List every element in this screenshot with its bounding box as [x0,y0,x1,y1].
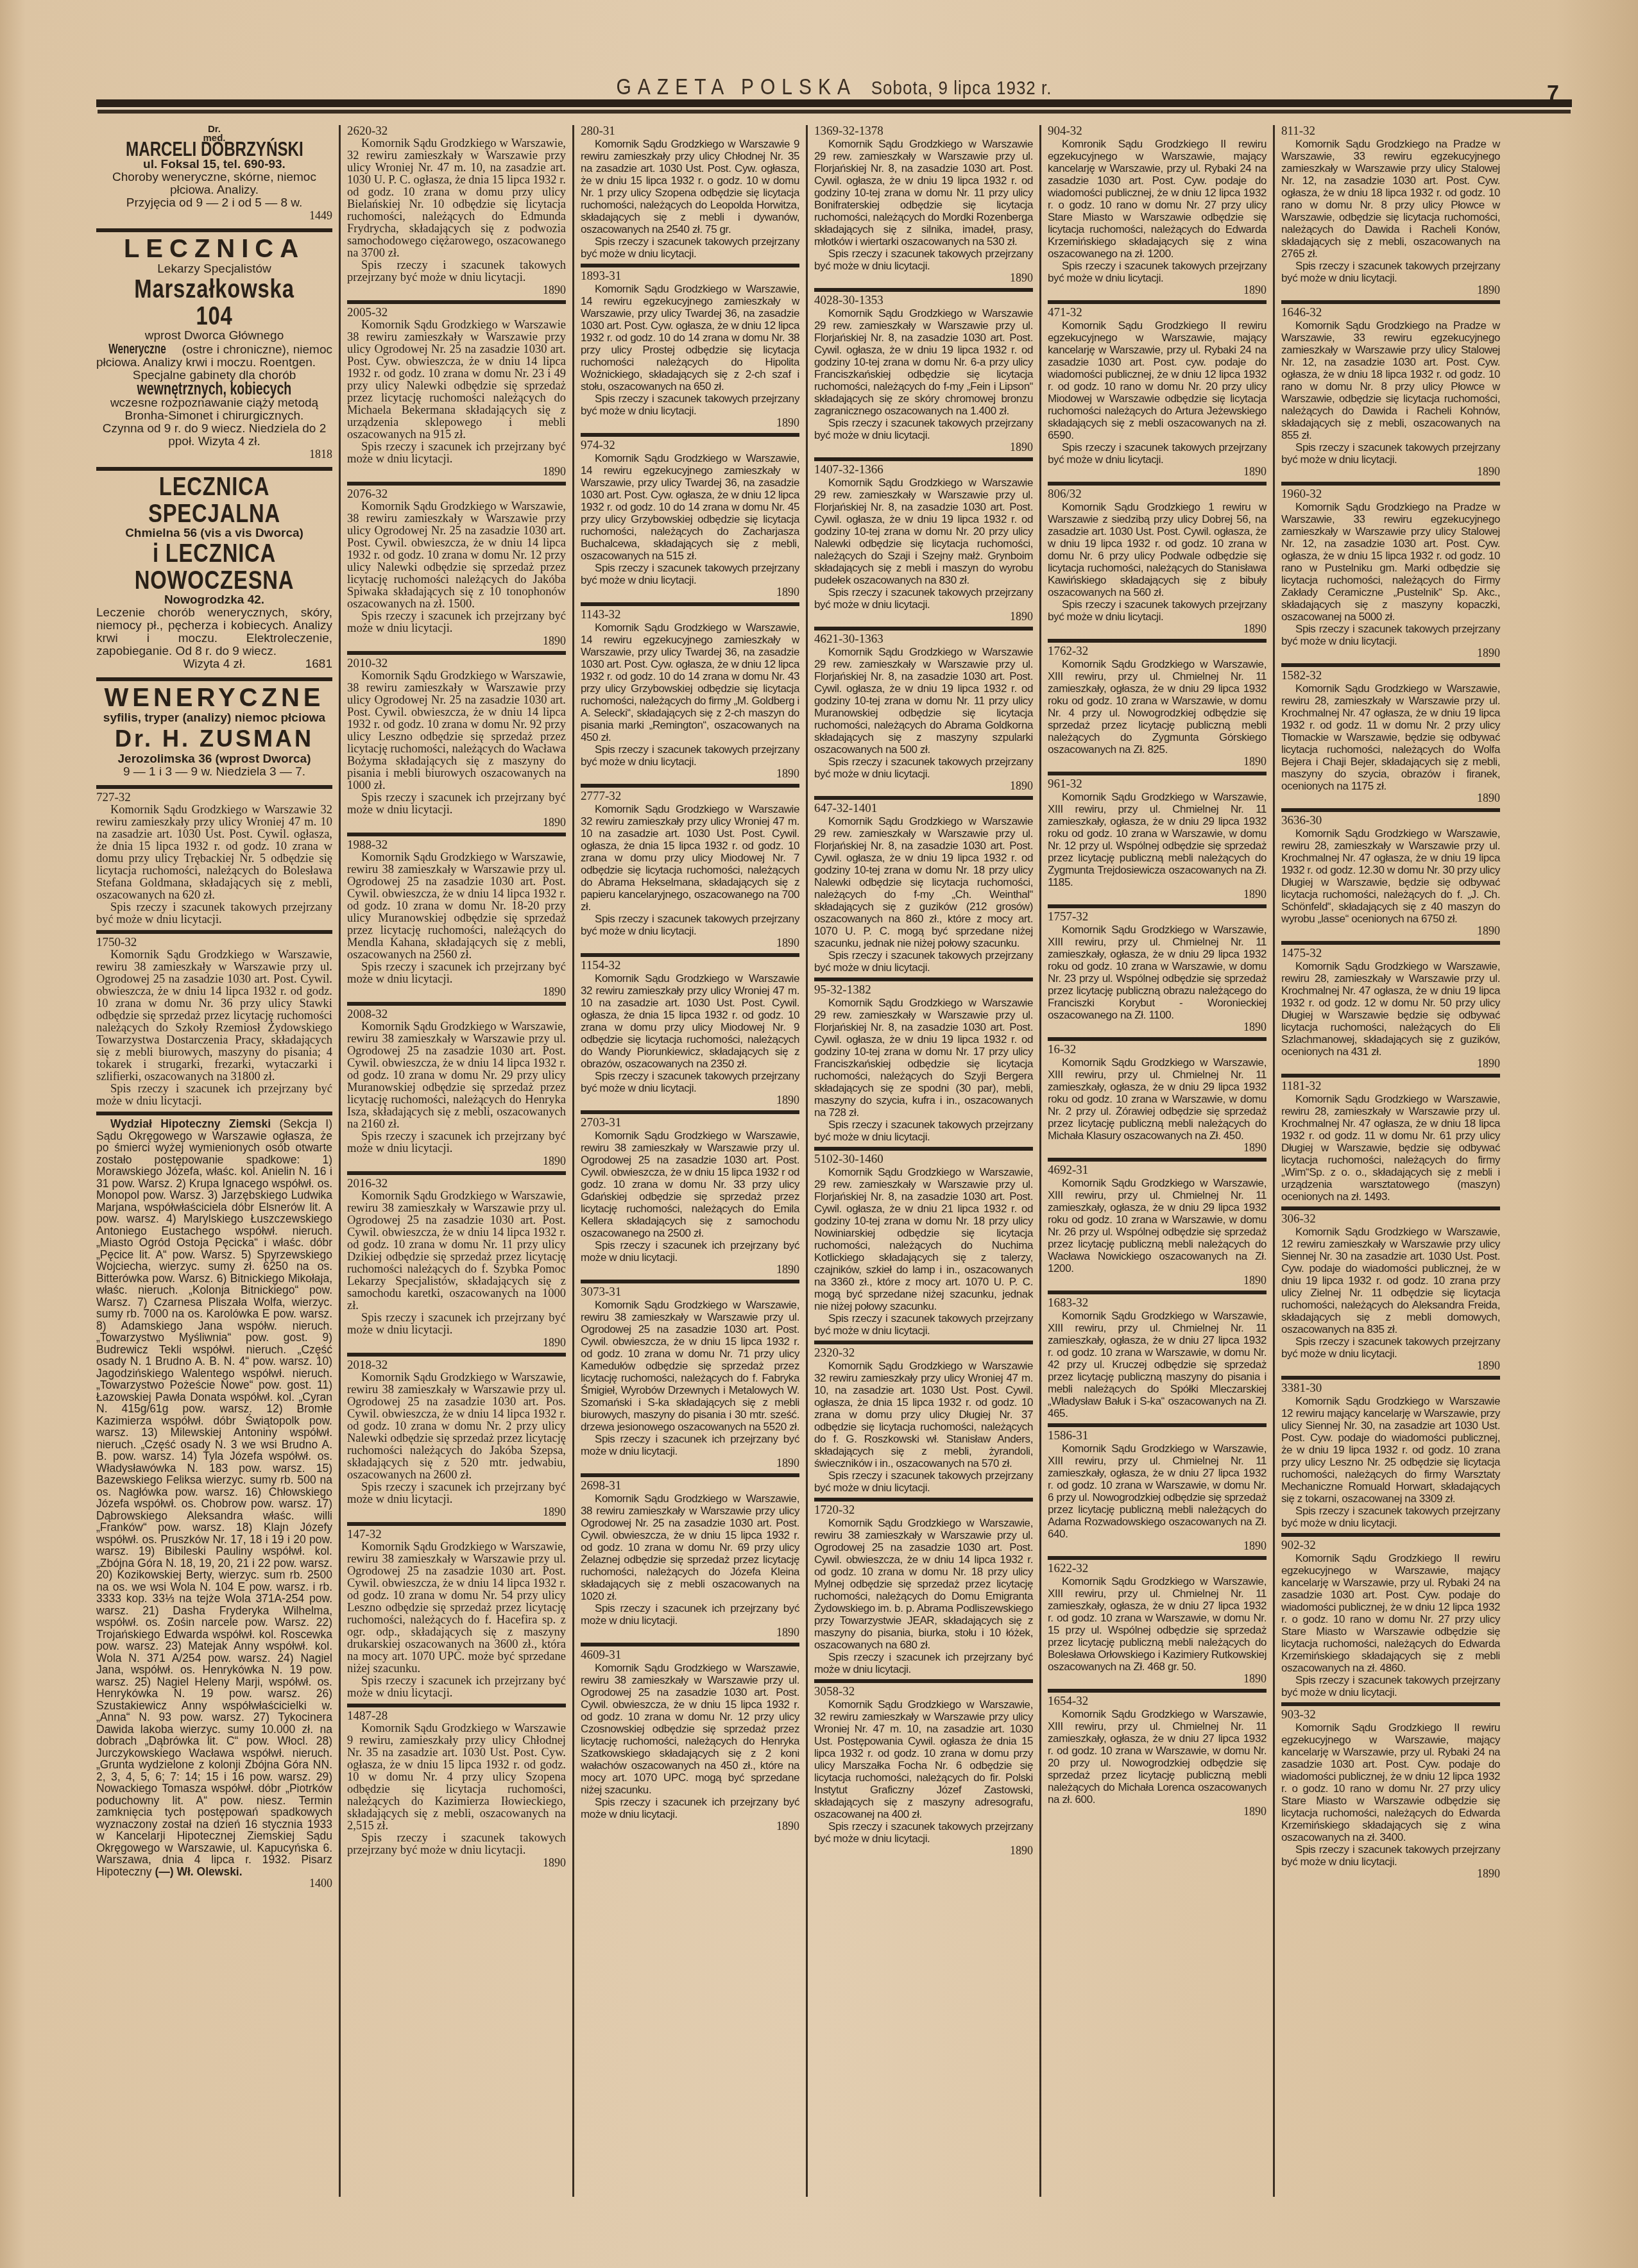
notice-case-number: 147-32 [347,1528,566,1541]
notice-code: 1890 [814,780,1033,792]
notice-code: 1890 [814,611,1033,623]
notice-text: Komornik Sądu Grodzkiego w Warszawie, XI… [1048,658,1267,756]
auction-notice: 811-32Komornik Sądu Grodzkiego na Pradze… [1281,125,1500,296]
notice-case-number: 16-32 [1048,1044,1267,1056]
notice-inventory-note: Spis rzeczy i szacunek ich przejrzany by… [581,1239,799,1264]
divider [1048,1423,1267,1427]
notice-case-number: 1988-32 [347,839,566,852]
notice-text: Komornik Sądu Grodzkiego 1 rewiru w Wars… [1048,501,1267,598]
notice-text: Komornik Sądu Grodzkiego w Warszawie, XI… [1048,1177,1267,1274]
notice-code: 1890 [347,1155,566,1167]
notice-inventory-note: Spis rzeczy i szacunek takowych przejrza… [1281,260,1500,284]
divider [96,677,332,681]
notice-text: Komornik Sądu Grodzkiego w Warszawie, re… [347,852,566,961]
divider [581,784,799,788]
notice-inventory-note: Spis rzeczy i szacunek takowych przejrza… [1281,441,1500,466]
masthead: GAZETA POLSKA Sobota, 9 lipca 1932 r. 7 [96,76,1572,101]
notice-inventory-note: Spis rzeczy i szacunek takowych przejrza… [1048,441,1267,466]
notice-code: 1890 [581,417,799,429]
divider [347,1522,566,1526]
notice-text: Komornik Sądu Grodzkiego w Warszawie, XI… [1048,1310,1267,1419]
notice-case-number: 647-32-1401 [814,802,1033,815]
notice-code: 1890 [1281,925,1500,937]
auction-notice: 904-32Komronik Sądu Grodzkiego II rewiru… [1048,125,1267,296]
notice-lead: Wydział Hipoteczny Ziemski [110,1117,271,1130]
notice-case-number: 2620-32 [347,125,566,138]
divider [96,228,332,232]
notice-code: 1890 [1048,1806,1267,1818]
notice-case-number: 2016-32 [347,1178,566,1190]
auction-notice: 1407-32-1366Komornik Sądu Grodzkiego w W… [814,464,1033,623]
notice-inventory-note: Spis rzeczy i szacunek takowych przejrza… [1281,1335,1500,1360]
notice-code: 1890 [1048,466,1267,478]
notice-case-number: 974-32 [581,439,799,452]
notice-code: 1890 [347,284,566,296]
auction-notice: 2698-31Komornik Sądu Grodzkiego w Warsza… [581,1480,799,1639]
notice-code: 1890 [347,1337,566,1349]
divider [1048,772,1267,775]
notice-case-number: 1683-32 [1048,1297,1267,1310]
auction-notice: 2620-32Komornik Sądu Grodzkiego w Warsza… [347,125,566,296]
column-4: 1369-32-1378Komornik Sądu Grodzkiego w W… [806,125,1039,2197]
auction-notice: 1475-32Komornik Sądu Grodzkiego w Warsza… [1281,947,1500,1070]
notice-case-number: 306-32 [1281,1213,1500,1226]
notice-text: Komornik Sądu Grodzkiego w Warszawie, re… [347,1541,566,1675]
notice-code: 1890 [1281,1360,1500,1372]
auction-notice: 1720-32Komornik Sądu Grodzkiego w Warsza… [814,1504,1033,1675]
notice-text: Komornik Sądu Grodzkiego w Warszawie 32 … [581,972,799,1070]
divider [1281,1074,1500,1078]
auction-notice: 306-32Komornik Sądu Grodzkiego w Warszaw… [1281,1213,1500,1372]
notice-case-number: 471-32 [1048,307,1267,319]
notice-code: 1400 [96,1877,332,1890]
divider [814,1147,1033,1151]
divider [581,1110,799,1114]
notice-inventory-note: Spis rzeczy i szacunek takowych przejrza… [1281,1674,1500,1698]
divider [814,1498,1033,1502]
notice-text: Komornik Sądu Grodzkiego w Warszawie 29 … [814,815,1033,949]
notice-code: 1890 [347,635,566,647]
notice-text: Komronik Sądu Grodzkiego II rewiru egzek… [1048,138,1267,260]
notice-inventory-note: Spis rzeczy i szacunek takowych przejrza… [1281,623,1500,647]
auction-notice: 1750-32Komornik Sądu Grodzkiego w Warsza… [96,936,332,1108]
notice-case-number: 4621-30-1363 [814,633,1033,646]
notice-text: Komornik Sądu Grodzkiego w Warszawie 29 … [814,307,1033,417]
notice-text: Komornik Sądu Grodzkiego w Warszawie, XI… [1048,1708,1267,1806]
notice-text: Komornik Sądu Grodzkiego w Warszawie, 14… [581,283,799,393]
auction-notice: 4028-30-1353Komornik Sądu Grodzkiego w W… [814,294,1033,453]
ad-doctor-name: MARCELI DOBRZYŃSKI [126,143,303,155]
auction-notice: 1582-32Komornik Sądu Grodzkiego w Warsza… [1281,670,1500,804]
ad-zusman: WENERYCZNE syfilis, tryper (analizy) nie… [96,684,332,781]
notice-case-number: 2018-32 [347,1359,566,1372]
notice-code: 1890 [581,1457,799,1469]
auction-notice: 95-32-1382Komornik Sądu Grodzkiego w War… [814,984,1033,1143]
divider [96,1112,332,1115]
notice-case-number: 5102-30-1460 [814,1153,1033,1166]
notice-case-number: 1475-32 [1281,947,1500,960]
notice-case-number: 2076-32 [347,488,566,501]
notice-inventory-note: Spis rzeczy i szacunek takowych przejrza… [814,248,1033,272]
divider [96,467,332,471]
notice-text: Komornik Sądu Grodzkiego w Warszawie 12 … [1281,1395,1500,1505]
notice-inventory-note: Spis rzeczy i szacunek takowych przejrza… [581,1070,799,1094]
divider [814,457,1033,461]
divider [581,602,799,606]
divider [347,300,566,304]
notice-inventory-note: Spis rzeczy i szacunek takowych przejrza… [581,913,799,937]
notice-case-number: 4609-31 [581,1649,799,1662]
auction-notice: 2018-32Komornik Sądu Grodzkiego w Warsza… [347,1359,566,1518]
notice-code: 1890 [1048,1540,1267,1552]
divider [1048,904,1267,908]
divider [581,953,799,957]
divider [581,264,799,267]
notice-inventory-note: Spis rzeczy i szacunek ich przejrzany by… [347,1131,566,1155]
divider [581,1280,799,1283]
notice-inventory-note: Spis rzeczy i szacunek takowych przejrza… [814,756,1033,780]
notice-case-number: 1646-32 [1281,307,1500,319]
notice-text: Komornik Sądu Grodzkiego w Warszawie, 38… [347,501,566,611]
auction-notice: 2703-31Komornik Sądu Grodzkiego w Warsza… [581,1117,799,1276]
notice-case-number: 95-32-1382 [814,984,1033,997]
notice-text: Komornik Sądu Grodzkiego w Warszawie, 32… [814,1698,1033,1820]
notice-code: 1890 [581,1264,799,1276]
notice-case-number: 4692-31 [1048,1164,1267,1177]
auction-notice: 1762-32Komornik Sądu Grodzkiego w Warsza… [1048,645,1267,768]
auction-notice: 1960-32Komornik Sądu Grodzkiego na Pradz… [1281,488,1500,659]
auction-notice: 2005-32Komornik Sądu Grodzkiego w Warsza… [347,307,566,478]
auction-notice: 3381-30Komornik Sądu Grodzkiego w Warsza… [1281,1382,1500,1529]
divider [581,433,799,437]
notice-text: Komornik Sądu Grodzkiego w Warszawie 38 … [347,319,566,441]
issue-date: Sobota, 9 lipca 1932 r. [871,77,1052,99]
notice-code: 1890 [1048,1142,1267,1154]
notice-inventory-note: Spis rzeczy i szacunek ich przejrzany by… [96,1083,332,1108]
notice-case-number: 903-32 [1281,1709,1500,1722]
notice-text: Komornik Sądu Grodzkiego w Warszawie 9 r… [347,1723,566,1832]
column-2: 2620-32Komornik Sądu Grodzkiego w Warsza… [339,125,572,2197]
ad-heading: LECZNICA [96,235,332,263]
newspaper-title: GAZETA POLSKA Sobota, 9 lipca 1932 r. [96,75,1572,100]
ad-lecznica-specjalna: LECZNICA SPECJALNA Chmielna 56 (vis a vi… [96,473,332,673]
auction-notice: 1988-32Komornik Sądu Grodzkiego w Warsza… [347,839,566,998]
notice-case-number: 280-31 [581,125,799,138]
notice-inventory-note: Spis rzeczy i szacunek takowych przejrza… [581,743,799,768]
notice-code: 1890 [581,768,799,780]
ad-heading: LECZNICA SPECJALNA [117,473,311,527]
notice-code: 1890 [347,466,566,478]
notice-code: 1890 [1281,792,1500,804]
auction-notice: 1181-32Komornik Sądu Grodzkiego w Warsza… [1281,1080,1500,1203]
divider [347,1171,566,1175]
notice-text: Komornik Sądu Grodzkiego w Warszawie 9 r… [581,138,799,235]
divider [1281,1533,1500,1537]
notice-text: Komornik Sądu Grodzkiego w Warszawie, XI… [1048,924,1267,1021]
notice-text: Komornik Sądu Grodzkiego na Pradze w War… [1281,138,1500,260]
ad-code: 1449 [96,210,332,222]
auction-notice: 1369-32-1378Komornik Sądu Grodzkiego w W… [814,125,1033,284]
auction-notice: 647-32-1401Komornik Sądu Grodzkiego w Wa… [814,802,1033,974]
notice-inventory-note: Spis rzeczy i szacunek takowych przejrza… [96,902,332,926]
divider [1048,1689,1267,1693]
auction-notice: 1586-31Komornik Sądu Grodzkiego w Warsza… [1048,1430,1267,1552]
auction-notice: 3058-32Komornik Sądu Grodzkiego w Warsza… [814,1686,1033,1857]
divider [814,977,1033,981]
auction-notice: 903-32Komornik Sądu Grodzkiego II rewiru… [1281,1709,1500,1880]
ad-bold-label: wewnętrznych, kobiecych [137,382,292,394]
notice-case-number: 1586-31 [1048,1430,1267,1443]
masthead-rule [96,99,1572,110]
notice-text: Komornik Sądu Grodzkiego II rewiru egzek… [1281,1722,1500,1843]
notice-case-number: 1762-32 [1048,645,1267,658]
notice-text: Komornik Sądu Grodzkiego w Warszawie, 14… [581,622,799,743]
notice-text: Komornik Sądu Grodzkiego w Warszawie, re… [581,1130,799,1239]
notice-inventory-note: Spis rzeczy i szacunek takowych przejrza… [1281,1505,1500,1529]
notice-text: Komornik Sądu Grodzkiego w Warszawie, re… [1281,827,1500,925]
auction-notice: 2777-32Komornik Sądu Grodzkiego w Warsza… [581,790,799,949]
notice-text: Komornik Sądu Grodzkiego w Warszawie, re… [814,1517,1033,1651]
notice-case-number: 1407-32-1366 [814,464,1033,477]
divider [1281,941,1500,945]
notice-case-number: 4028-30-1353 [814,294,1033,307]
auction-notice: 5102-30-1460Komornik Sądu Grodzkiego w W… [814,1153,1033,1337]
notice-code: 1890 [581,1820,799,1832]
notice-text: Komornik Sądu Grodzkiego w Warszawie, re… [1281,1093,1500,1203]
notice-case-number: 2320-32 [814,1347,1033,1360]
notice-case-number: 2005-32 [347,307,566,319]
notice-inventory-note: Spis rzeczy i szacunek ich przejrzany by… [581,1433,799,1457]
ad-text: Choroby weneryczne, skórne, niemoc płcio… [96,171,332,197]
ad-hours: Przyjęcia od 9 — 2 i od 5 — 8 w. [96,197,332,210]
divider [347,482,566,486]
auction-notice: 1143-32Komornik Sądu Grodzkiego w Warsza… [581,609,799,780]
notice-text: Komornik Sądu Grodzkiego w Warszawie, 29… [814,1166,1033,1312]
notice-inventory-note: Spis rzeczy i szacunek ich przejrzany by… [581,1796,799,1820]
notice-case-number: 2777-32 [581,790,799,803]
ad-hours: Czynna od 9 r. do 9 wiecz. Niedziela do … [96,423,332,448]
ad-heading: WENERYCZNE [96,684,332,712]
notice-inventory-note: Spis rzeczy i szacunek takowych przejrza… [1048,598,1267,623]
notice-inventory-note: Spis rzeczy i szacunek takowych przejrza… [581,235,799,260]
notice-inventory-note: Spis rzeczy i szacunek takowych przejrza… [1281,1843,1500,1868]
auction-notice: 1154-32Komornik Sądu Grodzkiego w Warsza… [581,960,799,1106]
notice-text: Komornik Sądu Grodzkiego w Warszawie, re… [1281,960,1500,1058]
notice-inventory-note: Spis rzeczy i szacunek takowych przejrza… [814,1119,1033,1143]
notice-case-number: 1893-31 [581,270,799,283]
column-6: 811-32Komornik Sądu Grodzkiego na Pradze… [1273,125,1506,2197]
ad-address: Jerozolimska 36 (wprost Dworca) [96,753,332,766]
notice-inventory-note: Spis rzeczy i szacunek takowych przejrza… [814,1312,1033,1337]
ad-address: Marszałkowska 104 [117,276,311,330]
notice-text: Komornik Sądu Grodzkiego w Warszawie, XI… [1048,1443,1267,1540]
notice-inventory-note: Spis rzeczy i szacunek ich przejrzany by… [347,961,566,986]
ad-address: ul. Foksal 15, tel. 690-93. [96,158,332,171]
notice-inventory-note: Spis rzeczy i szacunek ich przejrzany by… [347,1482,566,1506]
notice-code: 1890 [347,817,566,829]
notice-text: Komornik Sądu Grodzkiego II rewiru egzek… [1281,1552,1500,1674]
ad-lecznica: LECZNICA Lekarzy Specjalistów Marszałkow… [96,235,332,463]
notice-text: Komornik Sądu Grodzkiego w Warszawie 32 … [581,803,799,913]
column-3: 280-31Komornik Sądu Grodzkiego w Warszaw… [572,125,806,2197]
notice-text: Komornik Sądu Grodzkiego w Warszawie, XI… [1048,791,1267,888]
notice-case-number: 1750-32 [96,936,332,949]
notice-case-number: 1154-32 [581,960,799,972]
notice-code: 1890 [1281,1868,1500,1880]
notice-case-number: 1960-32 [1281,488,1500,501]
divider [1281,808,1500,812]
notice-code: 1890 [814,272,1033,284]
divider [1281,663,1500,667]
notice-code: 1890 [1048,1274,1267,1287]
columns-container: Dr.med. MARCELI DOBRZYŃSKI ul. Foksal 15… [96,125,1572,2197]
notice-signature: (—) Wł. Olewski. [155,1865,242,1878]
notice-case-number: 1143-32 [581,609,799,622]
divider [1281,300,1500,304]
notice-case-number: 811-32 [1281,125,1500,138]
auction-notice: 4692-31Komornik Sądu Grodzkiego w Warsza… [1048,1164,1267,1287]
divider [347,833,566,836]
auction-notice: 1654-32Komornik Sądu Grodzkiego w Warsza… [1048,1695,1267,1818]
notice-text: Komornik Sądu Grodzkiego II rewiru egzek… [1048,319,1267,441]
notice-inventory-note: Spis rzeczy i szacunek takowych przejrza… [347,1832,566,1857]
notice-text: Komornik Sądu Grodzkiego na Pradze w War… [1281,501,1500,623]
ad-address: Nowogrodzka 42. [96,594,332,607]
notice-text: Komornik Sądu Grodzkiego w Warszawie, 38… [581,1493,799,1602]
notice-case-number: 2703-31 [581,1117,799,1130]
notice-text: Komornik Sądu Grodzkiego w Warszawie, 32… [347,138,566,260]
notice-code: 1890 [1048,623,1267,635]
divider [1048,1556,1267,1560]
notice-code: 1890 [347,1857,566,1869]
notice-case-number: 1720-32 [814,1504,1033,1517]
notice-text: Komornik Sądu Grodzkiego w Warszawie, re… [581,1299,799,1433]
auction-notice: 961-32Komornik Sądu Grodzkiego w Warszaw… [1048,778,1267,901]
auction-notice: 4621-30-1363Komornik Sądu Grodzkiego w W… [814,633,1033,792]
ad-text: Leczenie chorób wenerycznych, skóry, nie… [96,607,332,658]
divider [814,288,1033,292]
notice-code: 1890 [581,1094,799,1106]
notice-code: 1890 [581,937,799,949]
auction-notice: 1487-28Komornik Sądu Grodzkiego w Warsza… [347,1710,566,1869]
notice-text: Komornik Sądu Grodzkiego w Warszawie, re… [96,949,332,1083]
notice-inventory-note: Spis rzeczy i szacunek takowych przejrza… [814,1469,1033,1494]
auction-notice: 1893-31Komornik Sądu Grodzkiego w Warsza… [581,270,799,429]
auction-notice: 2320-32Komornik Sądu Grodzkiego w Warsza… [814,1347,1033,1494]
divider [1048,482,1267,486]
notice-case-number: 1622-32 [1048,1562,1267,1575]
ad-bold-label: Weneryczne [108,343,166,355]
notice-text: (Sekcja I) Sądu Okręgowego w Warszawie o… [96,1117,332,1878]
notice-case-number: 2010-32 [347,657,566,670]
auction-notice: 974-32Komornik Sądu Grodzkiego w Warszaw… [581,439,799,598]
notice-code: 1890 [1048,756,1267,768]
notice-text: Komornik Sądu Grodzkiego w Warszawie 32 … [96,804,332,902]
auction-notice: 16-32Komornik Sądu Grodzkiego w Warszawi… [1048,1044,1267,1154]
divider [581,1643,799,1646]
notice-inventory-note: Spis rzeczy i szacunek ich przejrzany by… [814,1651,1033,1675]
ad-text: syfilis, tryper (analizy) niemoc płciowa [96,712,332,725]
ad-text: wczesne rozpoznawanie ciąży metodą Bronh… [96,397,332,423]
divider [1281,1702,1500,1706]
divider [347,1002,566,1006]
title-text: GAZETA POLSKA [617,75,856,99]
auction-notice: 806/32Komornik Sądu Grodzkiego 1 rewiru … [1048,488,1267,635]
ad-dobrzynski: Dr.med. MARCELI DOBRZYŃSKI ul. Foksal 15… [96,125,332,224]
notice-text: Komornik Sądu Grodzkiego w Warszawie, re… [581,1662,799,1796]
notice-text: Komornik Sądu Grodzkiego w Warszawie, re… [347,1021,566,1131]
notice-case-number: 727-32 [96,791,332,804]
auction-notice: 727-32Komornik Sądu Grodzkiego w Warszaw… [96,791,332,926]
notice-case-number: 1757-32 [1048,911,1267,924]
notice-case-number: 961-32 [1048,778,1267,791]
notice-code: 1890 [581,586,799,598]
divider [814,1341,1033,1344]
notice-hipoteczny: Wydział Hipoteczny Ziemski (Sekcja I) Są… [96,1118,332,1890]
notice-code: 1890 [1048,1673,1267,1685]
notice-text: Komornik Sądu Grodzkiego w Warszawie, re… [347,1190,566,1312]
notice-code: 1890 [1281,1058,1500,1070]
notice-inventory-note: Spis rzeczy i szacunek takowych przejrza… [814,417,1033,441]
auction-notice: 2016-32Komornik Sądu Grodzkiego w Warsza… [347,1178,566,1349]
notice-case-number: 3058-32 [814,1686,1033,1698]
notice-case-number: 902-32 [1281,1539,1500,1552]
auction-notice: 2008-32Komornik Sądu Grodzkiego w Warsza… [347,1008,566,1167]
notice-text: Komornik Sądu Grodzkiego w Warszawie, 14… [581,452,799,562]
ad-heading: i LECZNICA NOWOCZESNA [117,540,311,594]
divider [1048,1291,1267,1294]
divider [1048,639,1267,643]
divider [1048,300,1267,304]
auction-notice: 147-32Komornik Sądu Grodzkiego w Warszaw… [347,1528,566,1700]
ad-code: 1818 [96,448,332,461]
auction-notice: 3636-30Komornik Sądu Grodzkiego w Warsza… [1281,815,1500,937]
notice-inventory-note: Spis rzeczy i szacunek ich przejrzany by… [347,1312,566,1337]
divider [347,651,566,655]
notice-text: Komornik Sądu Grodzkiego w Warszawie 32 … [814,1360,1033,1469]
notice-inventory-note: Spis rzeczy i szacunek takowych przejrza… [814,1820,1033,1845]
notice-case-number: 2008-32 [347,1008,566,1021]
notice-text: Komornik Sądu Grodzkiego w Warszawie 29 … [814,477,1033,586]
notice-text: Komornik Sądu Grodzkiego w Warszawie 29 … [814,997,1033,1119]
notice-code: 1890 [1281,647,1500,659]
notice-code: 1890 [1048,1021,1267,1033]
auction-notice: 4609-31Komornik Sądu Grodzkiego w Warsza… [581,1649,799,1832]
notice-inventory-note: Spis rzeczy i szacunek takowych przejrza… [1048,260,1267,284]
notice-case-number: 1369-32-1378 [814,125,1033,138]
notice-case-number: 1181-32 [1281,1080,1500,1093]
notice-case-number: 3381-30 [1281,1382,1500,1395]
divider [1048,1158,1267,1162]
notice-inventory-note: Spis rzeczy i szacunek ich przejrzany by… [347,611,566,635]
notice-text: Komornik Sądu Grodzkiego w Warszawie, 12… [1281,1226,1500,1335]
auction-notice: 1683-32Komornik Sądu Grodzkiego w Warsza… [1048,1297,1267,1419]
divider [1281,1206,1500,1210]
notice-code: 1890 [1048,284,1267,296]
notice-case-number: 806/32 [1048,488,1267,501]
notice-code: 1890 [814,1845,1033,1857]
notice-code: 1890 [1281,466,1500,478]
notice-case-number: 2698-31 [581,1480,799,1493]
notice-text: Komornik Sądu Grodzkiego w Warszawie, XI… [1048,1056,1267,1142]
ad-visit: Wizyta 4 zł. [183,657,245,671]
divider [347,1704,566,1707]
notice-code: 1890 [1048,888,1267,901]
ad-subtitle: Lekarzy Specjalistów [96,263,332,276]
notice-inventory-note: Spis rzeczy i szacunek ich przejrzany by… [347,441,566,466]
auction-notice: 2010-32Komornik Sądu Grodzkiego w Warsza… [347,657,566,829]
notice-code: 1890 [1281,284,1500,296]
